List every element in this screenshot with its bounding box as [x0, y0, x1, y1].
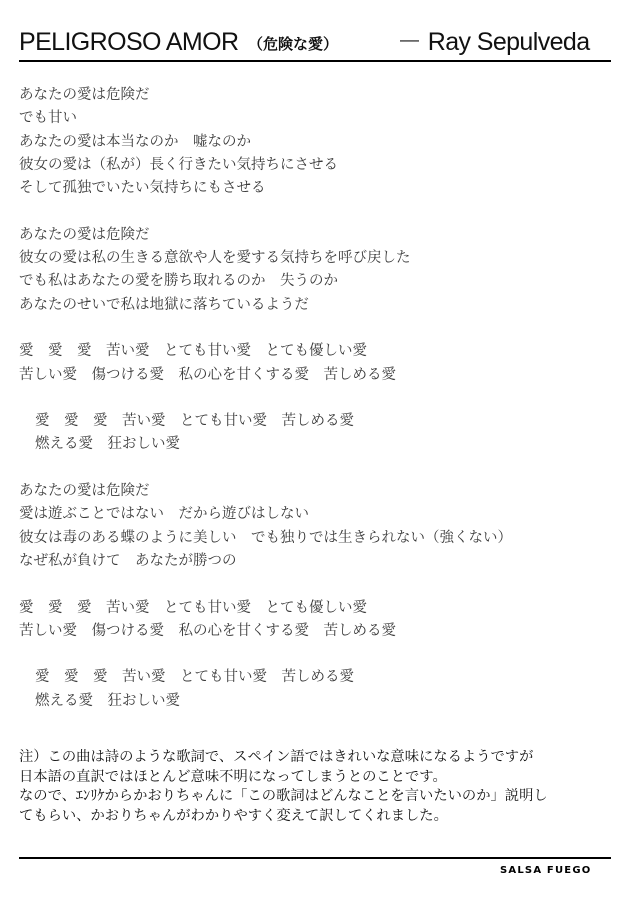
lyric-line: 彼女は毒のある蝶のように美しい でも独りでは生きられない（強くない）: [19, 527, 611, 550]
lyric-line: あなたの愛は本当なのか 嘘なのか: [19, 131, 611, 154]
brand-logo-text: SALSA FUEGO: [500, 865, 591, 876]
lyric-line: 苦しい愛 傷つける愛 私の心を甘くする愛 苦しめる愛: [19, 620, 611, 643]
note-line: てもらい、かおりちゃんがわかりやすく変えて訳してくれました。: [19, 807, 619, 827]
lyric-line: あなたのせいで私は地獄に落ちているようだ: [19, 294, 611, 317]
lyric-line: 愛 愛 愛 苦い愛 とても甘い愛 とても優しい愛: [19, 340, 611, 363]
lyric-line: あなたの愛は危険だ: [19, 480, 611, 503]
note-line: なので、ｴﾝﾘｹからかおりちゃんに「この歌詞はどんなことを言いたいのか」説明し: [19, 787, 619, 807]
translator-note: 注）この曲は詩のような歌詞で、スペイン語ではきれいな意味になるようですが 日本語…: [19, 748, 619, 826]
stanza-1: あなたの愛は危険だ でも甘い あなたの愛は本当なのか 嘘なのか 彼女の愛は（私が…: [19, 84, 611, 200]
stanza-5: あなたの愛は危険だ 愛は遊ぶことではない だから遊びはしない 彼女は毒のある蝶の…: [19, 480, 611, 573]
note-line: 注）この曲は詩のような歌詞で、スペイン語ではきれいな意味になるようですが: [19, 748, 619, 768]
lyric-line: あなたの愛は危険だ: [19, 84, 611, 107]
stanza-7-refrain: 愛 愛 愛 苦い愛 とても甘い愛 苦しめる愛 燃える愛 狂おしい愛: [19, 666, 611, 713]
lyrics-body: あなたの愛は危険だ でも甘い あなたの愛は本当なのか 嘘なのか 彼女の愛は（私が…: [19, 84, 611, 736]
lyric-line: そして孤独でいたい気持ちにもさせる: [19, 177, 611, 200]
lyric-line: でも甘い: [19, 107, 611, 130]
lyric-line: 愛は遊ぶことではない だから遊びはしない: [19, 503, 611, 526]
song-title: PELIGROSO AMOR: [19, 27, 238, 57]
lyric-line: でも私はあなたの愛を勝ち取れるのか 失うのか: [19, 270, 611, 293]
lyric-line: 苦しい愛 傷つける愛 私の心を甘くする愛 苦しめる愛: [19, 364, 611, 387]
song-title-header: PELIGROSO AMOR （危険な愛） － Ray Sepulveda: [19, 27, 611, 57]
lyric-line: 愛 愛 愛 苦い愛 とても甘い愛 苦しめる愛: [19, 410, 611, 433]
stanza-3-chorus: 愛 愛 愛 苦い愛 とても甘い愛 とても優しい愛 苦しい愛 傷つける愛 私の心を…: [19, 340, 611, 387]
artist-name: － Ray Sepulveda: [397, 27, 590, 57]
song-title-japanese: （危険な愛）: [248, 29, 338, 59]
lyric-line: 愛 愛 愛 苦い愛 とても甘い愛 とても優しい愛: [19, 597, 611, 620]
lyric-line: 燃える愛 狂おしい愛: [19, 433, 611, 456]
lyric-line: 燃える愛 狂おしい愛: [19, 690, 611, 713]
stanza-4-refrain: 愛 愛 愛 苦い愛 とても甘い愛 苦しめる愛 燃える愛 狂おしい愛: [19, 410, 611, 457]
lyric-line: 彼女の愛は私の生きる意欲や人を愛する気持ちを呼び戻した: [19, 247, 611, 270]
stanza-6-chorus: 愛 愛 愛 苦い愛 とても甘い愛 とても優しい愛 苦しい愛 傷つける愛 私の心を…: [19, 597, 611, 644]
header-divider: [19, 60, 611, 62]
lyric-line: 彼女の愛は（私が）長く行きたい気持ちにさせる: [19, 154, 611, 177]
stanza-2: あなたの愛は危険だ 彼女の愛は私の生きる意欲や人を愛する気持ちを呼び戻した でも…: [19, 224, 611, 317]
note-line: 日本語の直訳ではほとんど意味不明になってしまうとのことです。: [19, 768, 619, 788]
lyric-line: あなたの愛は危険だ: [19, 224, 611, 247]
lyric-line: なぜ私が負けて あなたが勝つの: [19, 550, 611, 573]
lyric-line: 愛 愛 愛 苦い愛 とても甘い愛 苦しめる愛: [19, 666, 611, 689]
footer-divider: [19, 857, 611, 859]
